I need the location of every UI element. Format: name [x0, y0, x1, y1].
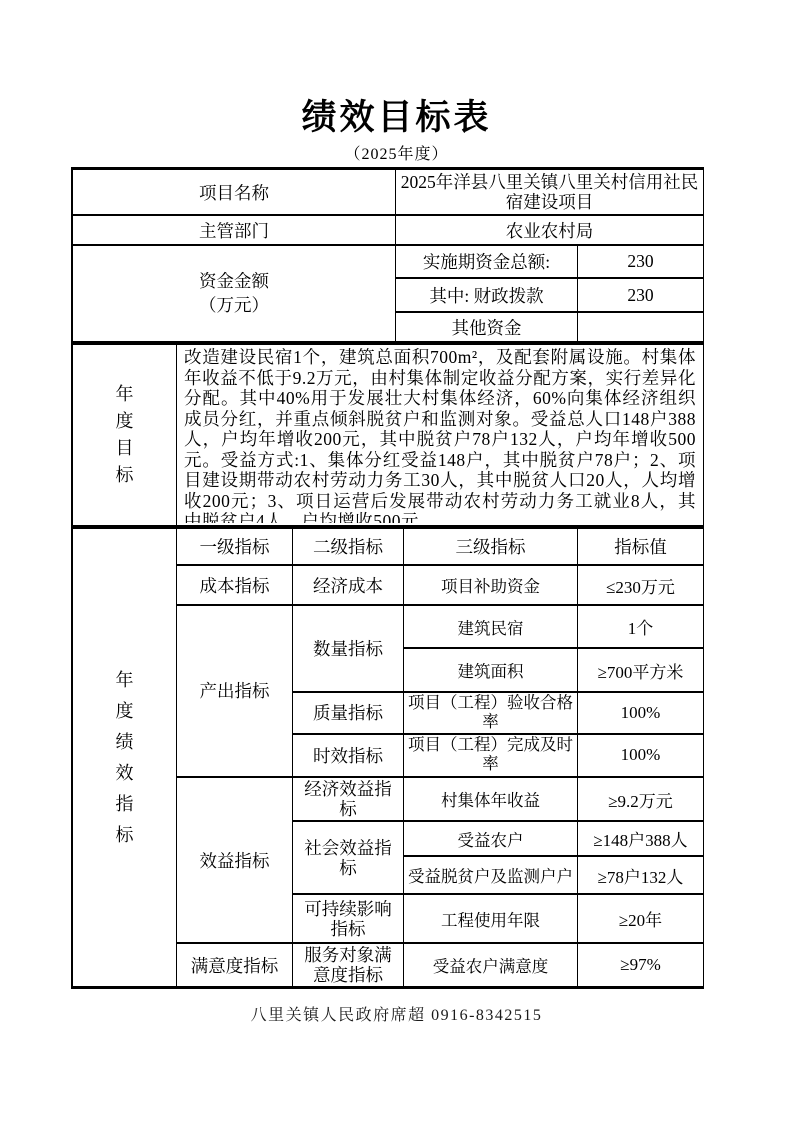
department-value: 农业农村局	[396, 215, 704, 245]
indicator-level3: 建筑民宿	[404, 605, 578, 648]
indicator-value: ≥78户132人	[578, 856, 704, 894]
indicator-level2: 服务对象满意度指标	[293, 943, 404, 987]
indicator-level1: 产出指标	[177, 605, 293, 777]
annual-goal-cell: 改造建设民宿1个，建筑总面积700m²，及配套附属设施。村集体年收益不低于9.2…	[177, 344, 704, 526]
page-title: 绩效目标表	[0, 0, 793, 140]
footer-contact: 八里关镇人民政府席超 0916-8342515	[0, 1002, 793, 1025]
project-name-label: 项目名称	[73, 169, 396, 215]
indicator-level3: 村集体年收益	[404, 777, 578, 821]
indicator-level3: 受益脱贫户及监测户户	[404, 856, 578, 894]
indicator-value: ≤230万元	[578, 565, 704, 605]
indicator-level3: 受益农户满意度	[404, 943, 578, 987]
indicator-level1: 满意度指标	[177, 943, 293, 987]
funding-row-value	[578, 312, 704, 342]
indicator-level3: 项目（工程）验收合格率	[404, 692, 578, 734]
indicator-level3: 工程使用年限	[404, 894, 578, 943]
indicator-level3: 项目（工程）完成及时率	[404, 734, 578, 777]
indicator-level2: 数量指标	[293, 605, 404, 692]
department-label: 主管部门	[73, 215, 396, 245]
funding-row-value: 230	[578, 245, 704, 278]
indicator-level3: 项目补助资金	[404, 565, 578, 605]
funding-row-label: 实施期资金总额:	[396, 245, 578, 278]
indicator-value: 100%	[578, 692, 704, 734]
funding-row-label: 其他资金	[396, 312, 578, 342]
header-level1: 一级指标	[177, 528, 293, 565]
indicator-value: 1个	[578, 605, 704, 648]
header-level3: 三级指标	[404, 528, 578, 565]
page-subtitle: （2025年度）	[0, 141, 793, 164]
table-row: 主管部门 农业农村局	[73, 215, 704, 245]
indicators-table: 年度绩效指标 一级指标 二级指标 三级指标 指标值 成本指标 经济成本 项目补助…	[72, 527, 704, 988]
funding-label: 资金金额 （万元）	[73, 245, 396, 342]
indicators-section-label-text: 年度绩效指标	[114, 665, 135, 851]
info-table: 项目名称 2025年洋县八里关镇八里关村信用社民宿建设项目 主管部门 农业农村局…	[72, 168, 704, 343]
indicator-value: 100%	[578, 734, 704, 777]
document-page: 绩效目标表 （2025年度） 项目名称 2025年洋县八里关镇八里关村信用社民宿…	[0, 0, 793, 1122]
table-row: 年度目标 改造建设民宿1个，建筑总面积700m²，及配套附属设施。村集体年收益不…	[73, 344, 704, 526]
header-value: 指标值	[578, 528, 704, 565]
indicators-section-label: 年度绩效指标	[73, 528, 177, 987]
indicator-value: ≥20年	[578, 894, 704, 943]
annual-goal-text: 改造建设民宿1个，建筑总面积700m²，及配套附属设施。村集体年收益不低于9.2…	[184, 347, 696, 523]
indicators-header-row: 年度绩效指标 一级指标 二级指标 三级指标 指标值	[73, 528, 704, 565]
indicator-level2: 可持续影响指标	[293, 894, 404, 943]
header-level2: 二级指标	[293, 528, 404, 565]
funding-row-label: 其中: 财政拨款	[396, 278, 578, 312]
indicator-value: ≥9.2万元	[578, 777, 704, 821]
indicator-level2: 社会效益指标	[293, 821, 404, 894]
annual-goal-label: 年度目标	[73, 344, 177, 526]
indicator-level2: 时效指标	[293, 734, 404, 777]
indicator-level3: 建筑面积	[404, 648, 578, 692]
annual-goal-label-text: 年度目标	[114, 381, 135, 489]
performance-table: 项目名称 2025年洋县八里关镇八里关村信用社民宿建设项目 主管部门 农业农村局…	[71, 167, 704, 989]
indicator-level2: 质量指标	[293, 692, 404, 734]
indicator-level2: 经济效益指标	[293, 777, 404, 821]
indicator-level2: 经济成本	[293, 565, 404, 605]
indicator-level3: 受益农户	[404, 821, 578, 856]
table-row: 项目名称 2025年洋县八里关镇八里关村信用社民宿建设项目	[73, 169, 704, 215]
indicator-value: ≥700平方米	[578, 648, 704, 692]
table-row: 资金金额 （万元） 实施期资金总额: 230	[73, 245, 704, 278]
project-name-value: 2025年洋县八里关镇八里关村信用社民宿建设项目	[396, 169, 704, 215]
goal-table: 年度目标 改造建设民宿1个，建筑总面积700m²，及配套附属设施。村集体年收益不…	[72, 343, 704, 527]
indicator-value: ≥148户388人	[578, 821, 704, 856]
indicator-level1: 成本指标	[177, 565, 293, 605]
indicator-value: ≥97%	[578, 943, 704, 987]
funding-row-value: 230	[578, 278, 704, 312]
indicator-level1: 效益指标	[177, 777, 293, 943]
funding-label-text: 资金金额 （万元）	[76, 270, 392, 317]
